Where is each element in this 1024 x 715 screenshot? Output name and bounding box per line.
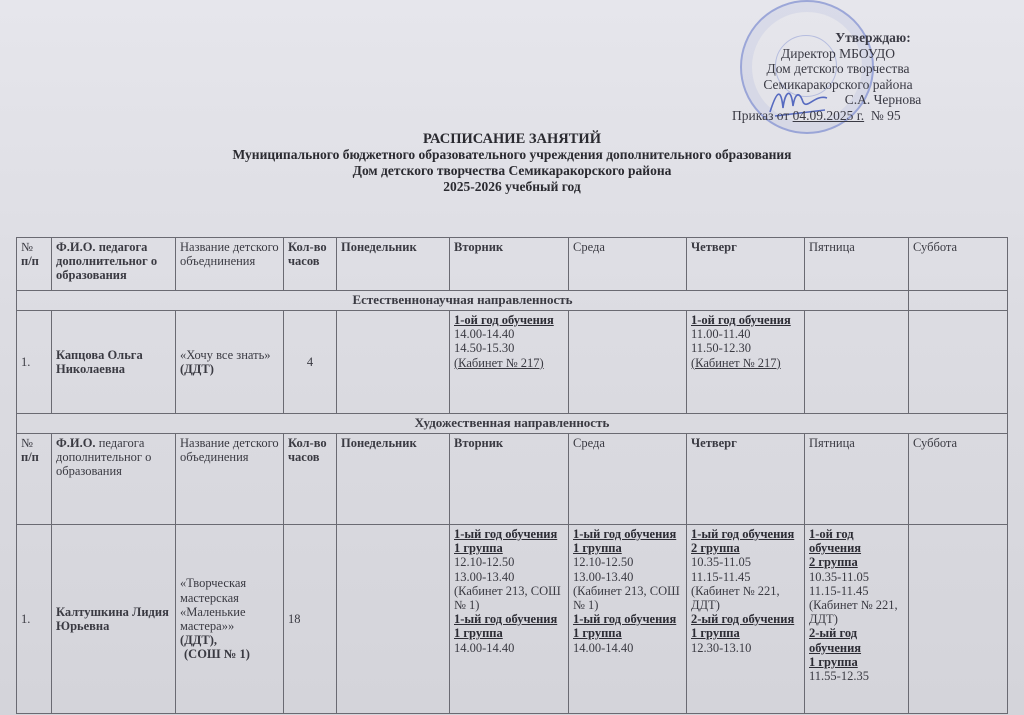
approval-signer: С.А. Чернова: [718, 92, 958, 108]
col-header-hours: Кол-во часов: [284, 238, 337, 291]
row-num: 1.: [17, 311, 52, 414]
col-header-thu: Четверг: [687, 434, 805, 525]
row-hours: 18: [284, 525, 337, 714]
col-header-mon: Понедельник: [337, 238, 450, 291]
col-header-mon: Понедельник: [337, 434, 450, 525]
approval-line-1: Директор МБОУДО: [718, 46, 958, 62]
cell-thu: 1-ой год обучения 11.00-11.40 11.50-12.3…: [687, 311, 805, 414]
cell-sat: [909, 525, 1008, 714]
cell-sat: [909, 311, 1008, 414]
cell-fri: [805, 311, 909, 414]
col-header-sat: Суббота: [909, 434, 1008, 525]
col-header-tue: Вторник: [450, 434, 569, 525]
row-group: «Хочу все знать» (ДДТ): [176, 311, 284, 414]
cell-thu: 1-ый год обучения 2 группа 10.35-11.05 1…: [687, 525, 805, 714]
cell-fri: 1-ой год обучения 2 группа 10.35-11.05 1…: [805, 525, 909, 714]
col-header-tue: Вторник: [450, 238, 569, 291]
col-header-thu: Четверг: [687, 238, 805, 291]
col-header-sat: Суббота: [909, 238, 1008, 291]
cell-tue: 1-ый год обучения 1 группа 12.10-12.50 1…: [450, 525, 569, 714]
table-row: 1. Калтушкина Лидия Юрьевна «Творческая …: [17, 525, 1008, 714]
approval-order: Приказ от 04.09.2025 г. № 95: [718, 108, 958, 124]
table-header-row: №п/п Ф.И.О. педагога дополнительног о об…: [17, 238, 1008, 291]
row-teacher: Калтушкина Лидия Юрьевна: [52, 525, 176, 714]
row-num: 1.: [17, 525, 52, 714]
heading-line-2: Дом детского творчества Семикаракорского…: [0, 163, 1024, 179]
col-header-fri: Пятница: [805, 434, 909, 525]
schedule-table: №п/п Ф.И.О. педагога дополнительног о об…: [16, 237, 1008, 714]
cell-wed: [569, 311, 687, 414]
cell-tue: 1-ой год обучения 14.00-14.40 14.50-15.3…: [450, 311, 569, 414]
section-row: Художественная направленность: [17, 414, 1008, 434]
heading-line-1: Муниципального бюджетного образовательно…: [0, 147, 1024, 163]
cell-mon: [337, 311, 450, 414]
row-group: «Творческая мастерская «Маленькие мастер…: [176, 525, 284, 714]
col-header-teacher: Ф.И.О. педагога дополнительног о образов…: [52, 238, 176, 291]
col-header-group: Название детского объеднинения: [176, 238, 284, 291]
col-header-group: Название детского объединения: [176, 434, 284, 525]
approval-block: Утверждаю: Директор МБОУДО Дом детского …: [718, 30, 958, 124]
document-title: РАСПИСАНИЕ ЗАНЯТИЙ: [0, 131, 1024, 147]
col-header-fri: Пятница: [805, 238, 909, 291]
section-title: Естественнонаучная направленность: [17, 291, 909, 311]
section-title: Художественная направленность: [17, 414, 1008, 434]
col-header-teacher: Ф.И.О. педагога дополнительног о образов…: [52, 434, 176, 525]
col-header-num: №п/п: [17, 238, 52, 291]
approval-line-2: Дом детского творчества: [718, 61, 958, 77]
col-header-hours: Кол-во часов: [284, 434, 337, 525]
col-header-wed: Среда: [569, 434, 687, 525]
col-header-num: №п/п: [17, 434, 52, 525]
cell-mon: [337, 525, 450, 714]
heading-line-3: 2025-2026 учебный год: [0, 179, 1024, 195]
section-row: Естественнонаучная направленность: [17, 291, 1008, 311]
row-teacher: Капцова Ольга Николаевна: [52, 311, 176, 414]
row-hours: 4: [284, 311, 337, 414]
table-row: 1. Капцова Ольга Николаевна «Хочу все зн…: [17, 311, 1008, 414]
cell-wed: 1-ый год обучения 1 группа 12.10-12.50 1…: [569, 525, 687, 714]
col-header-wed: Среда: [569, 238, 687, 291]
approval-title: Утверждаю:: [718, 30, 958, 46]
document-heading: РАСПИСАНИЕ ЗАНЯТИЙ Муниципального бюджет…: [0, 131, 1024, 195]
table-header-row: №п/п Ф.И.О. педагога дополнительног о об…: [17, 434, 1008, 525]
approval-line-3: Семикаракорского района: [718, 77, 958, 93]
